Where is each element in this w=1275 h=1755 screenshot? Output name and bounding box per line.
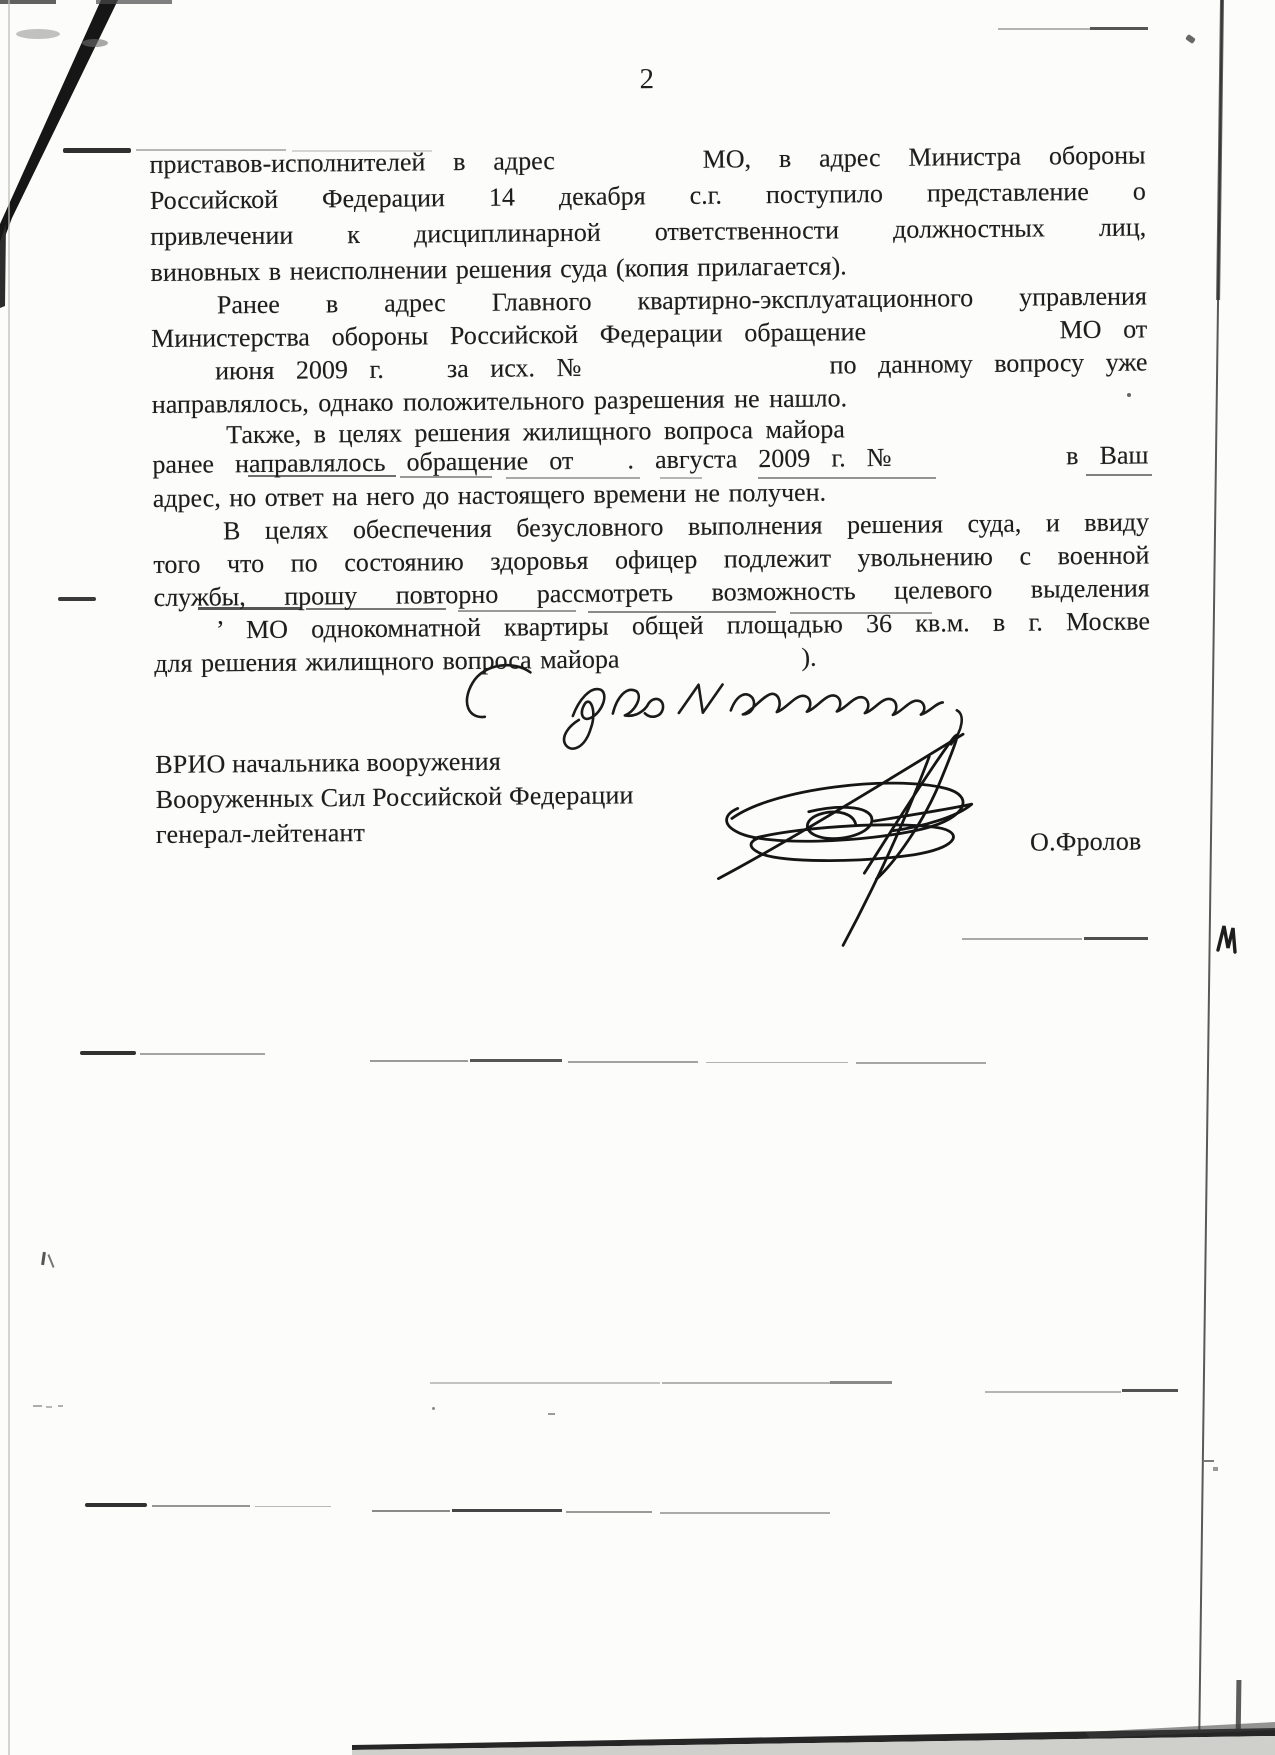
scan-speck bbox=[1203, 1460, 1214, 1462]
scan-speck bbox=[1185, 34, 1196, 44]
scanner-edge-dark-segment bbox=[1216, 0, 1224, 300]
left-edge-line bbox=[8, 0, 10, 1755]
scan-speck bbox=[1213, 1467, 1218, 1471]
scan-speck bbox=[548, 1413, 555, 1415]
body-line: привлечении к дисциплинарной ответственн… bbox=[150, 212, 1146, 252]
scan-streak bbox=[255, 1506, 331, 1507]
signer-name: О.Фролов bbox=[1030, 826, 1152, 857]
signer-title-line3: генерал-лейтенант bbox=[156, 810, 1152, 850]
margin-dash bbox=[63, 148, 131, 153]
scan-streak bbox=[85, 1503, 147, 1507]
scan-speck bbox=[46, 1406, 52, 1408]
scan-streak bbox=[985, 1391, 1121, 1393]
page-number: 2 bbox=[149, 58, 1145, 101]
signer-title-line2: Вооруженных Сил Российской Федерации bbox=[156, 775, 1152, 815]
scan-streak bbox=[140, 1053, 265, 1055]
scan-streak bbox=[372, 1510, 450, 1512]
scan-streak bbox=[662, 1382, 830, 1384]
scan-streak bbox=[370, 1060, 468, 1062]
scan-streak bbox=[452, 1509, 562, 1512]
scan-streak bbox=[830, 1381, 892, 1384]
margin-dash bbox=[58, 597, 96, 601]
scanned-letter-page: 2 приставов-исполнителей в адрес МО, в а… bbox=[0, 0, 1275, 1755]
body-line: приставов-исполнителей в адрес МО, в адр… bbox=[149, 140, 1145, 180]
letter-body: 2 приставов-исполнителей в адрес МО, в а… bbox=[148, 0, 1154, 1000]
signature-scribble bbox=[711, 724, 985, 961]
scan-streak bbox=[566, 1511, 652, 1513]
body-line: Российской Федерации 14 декабря с.г. пос… bbox=[150, 176, 1146, 216]
scan-streak bbox=[152, 1505, 250, 1507]
scan-streak bbox=[856, 1062, 986, 1064]
scan-streak bbox=[1122, 1389, 1178, 1392]
scan-streak bbox=[660, 1512, 830, 1514]
signer-title-line1: ВРИО начальника вооружения bbox=[155, 740, 1151, 780]
scan-streak bbox=[568, 1061, 698, 1063]
scan-speck bbox=[47, 1254, 54, 1268]
scan-speck bbox=[58, 1405, 63, 1407]
scan-speck bbox=[432, 1407, 435, 1410]
scan-speck bbox=[33, 1405, 42, 1407]
scan-speck bbox=[41, 1252, 45, 1265]
scan-streak bbox=[706, 1062, 848, 1063]
scan-streak bbox=[470, 1059, 562, 1062]
page-bottom-edge bbox=[0, 1722, 1275, 1755]
scan-streak bbox=[80, 1051, 136, 1055]
edge-ink-blotch bbox=[1215, 922, 1239, 956]
scan-streak bbox=[430, 1382, 660, 1384]
